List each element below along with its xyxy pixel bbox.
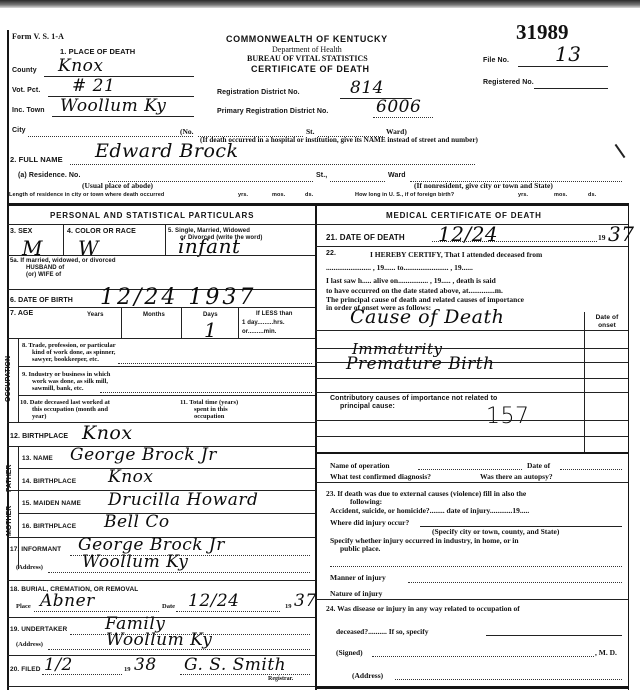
undertaker-address-label: (Address)	[16, 641, 43, 648]
residence-ds-label: ds.	[305, 192, 313, 198]
birthplace-label: 12. BIRTHPLACE	[10, 433, 68, 440]
father-name-label: 13. NAME	[22, 455, 53, 462]
filed-year-prefix: 19	[124, 666, 131, 673]
file-no-label: File No.	[483, 57, 509, 64]
medical-section-title: MEDICAL CERTIFICATE OF DEATH	[386, 211, 542, 220]
date-of-onset-header: Date of onset	[590, 314, 624, 330]
md-label: , M. D.	[595, 648, 617, 657]
header-bottom-rule	[7, 203, 629, 206]
manner-label: Manner of injury	[330, 573, 386, 582]
father-name-value: George Brock Jr	[70, 445, 217, 465]
registrar-label: Registrar.	[268, 676, 293, 682]
filed-value: 1/2	[44, 655, 73, 675]
burial-date-label: Date	[162, 603, 175, 610]
sex-label: 3. SEX	[10, 228, 32, 235]
filed-label: 20. FILED	[10, 666, 41, 673]
father-side-label: FATHER	[6, 465, 13, 492]
race-label: 4. COLOR OR RACE	[67, 228, 136, 235]
mother-maiden-value: Drucilla Howard	[108, 490, 258, 510]
residence-sublabel: (Usual place of abode)	[82, 181, 153, 190]
residence-ward-label: Ward	[388, 172, 406, 179]
less-than-label-1: If LESS than	[256, 311, 293, 317]
sex-value: M	[22, 236, 43, 260]
center-divider	[315, 206, 317, 690]
us-ds-label: ds.	[588, 192, 596, 198]
spouse-label-3: (or) WIFE of	[26, 272, 61, 278]
last-worked-label-1: 10. Date deceased last worked at	[20, 399, 110, 406]
physician-address-label: (Address)	[352, 671, 383, 680]
last-worked-label-3: year)	[32, 413, 46, 420]
certify-number: 22.	[326, 250, 336, 257]
county-label: County	[12, 67, 37, 74]
industry-label-2: work was done, as silk mill,	[32, 378, 108, 385]
trade-label-1: 8. Trade, profession, or particular	[22, 342, 116, 349]
residence-label: (a) Residence. No.	[18, 172, 80, 179]
less-than-label-2: 1 day.........hrs.	[242, 320, 285, 326]
vot-pct-label: Vot. Pct.	[12, 87, 40, 94]
certify-line-4: to have occurred on the date stated abov…	[326, 286, 503, 295]
autopsy-label: Was there an autopsy?	[480, 472, 553, 481]
age-label: 7. AGE	[10, 310, 33, 317]
inc-town-label: Inc. Town	[12, 107, 45, 114]
external-line-7: public place.	[340, 544, 380, 553]
place-of-death-heading: 1. PLACE OF DEATH	[60, 47, 135, 56]
vot-pct-value: # 21	[72, 76, 115, 96]
burial-place-value: Abner	[40, 591, 95, 611]
full-name-value: Edward Brock	[95, 140, 239, 162]
stray-mark	[615, 144, 626, 158]
burial-year-prefix: 19	[285, 603, 292, 610]
burial-date-value: 12/24	[188, 591, 240, 611]
signed-label: (Signed)	[336, 648, 363, 657]
filed-year-value: 38	[134, 655, 157, 675]
occupation-related-line-2: deceased?.......... If so, specify	[336, 627, 429, 636]
external-line-4: Where did injury occur?	[330, 518, 409, 527]
dob-label: 6. DATE OF BIRTH	[10, 297, 73, 304]
age-months-label: Months	[143, 312, 165, 318]
state-title: COMMONWEALTH OF KENTUCKY	[226, 34, 388, 44]
certify-line-2: ........................ , 19...... to..…	[326, 263, 473, 272]
contributory-label-2: principal cause:	[340, 403, 395, 410]
personal-section-title: PERSONAL AND STATISTICAL PARTICULARS	[50, 211, 254, 220]
spouse-label-2: HUSBAND of	[26, 265, 64, 271]
hospital-note: (If death occurred in a hospital or inst…	[200, 136, 478, 144]
nature-label: Nature of injury	[330, 589, 382, 598]
certify-line-1: I HEREBY CERTIFY, That I attended deceas…	[370, 250, 542, 259]
external-line-5: (Specify city or town, county, and State…	[432, 527, 559, 536]
undertaker-label: 19. UNDERTAKER	[10, 626, 67, 633]
burial-place-label: Place	[16, 603, 31, 610]
street-label: St.	[306, 127, 315, 136]
residence-mos-label: mos.	[272, 192, 285, 198]
occupation-related-line-1: 24. Was disease or injury in any way rel…	[326, 604, 520, 613]
us-yrs-label: yrs.	[518, 192, 528, 198]
reg-district-label: Registration District No.	[217, 89, 300, 96]
test-label: What test confirmed diagnosis?	[330, 472, 431, 481]
burial-year-value: 37	[294, 591, 317, 611]
primary-reg-district-label: Primary Registration District No.	[217, 108, 328, 115]
trade-label-3: sawyer, bookkeeper, etc.	[32, 356, 99, 363]
informant-address-value: Woollum Ky	[82, 552, 188, 572]
full-name-label: 2. FULL NAME	[10, 155, 63, 164]
nonresident-note: (If nonresident, give city or town and S…	[414, 181, 553, 190]
total-time-label-3: occupation	[194, 413, 224, 420]
cause-code: 157	[486, 404, 530, 429]
dod-value: 12/24	[438, 222, 498, 246]
mother-maiden-label: 15. MAIDEN NAME	[22, 500, 81, 507]
mother-birthplace-value: Bell Co	[104, 512, 170, 532]
birthplace-value: Knox	[82, 422, 133, 444]
cause-heading: Cause of Death	[350, 306, 504, 328]
total-time-label-2: spent in this	[194, 406, 228, 413]
residence-yrs-label: yrs.	[238, 192, 248, 198]
dod-label: 21. DATE OF DEATH	[326, 233, 405, 242]
race-value: W	[78, 236, 99, 260]
operation-label: Name of operation	[330, 461, 390, 470]
cause-line-2: Premature Birth	[346, 354, 495, 374]
external-line-3: Accident, suicide, or homicide?........ …	[330, 506, 529, 515]
certify-line-3: I last saw h..... alive on..............…	[326, 276, 496, 285]
registered-no-label: Registered No.	[483, 79, 534, 86]
external-line-2: following:	[350, 497, 382, 506]
operation-date-label: Date of	[527, 461, 550, 470]
certificate-title: CERTIFICATE OF DEATH	[251, 64, 370, 74]
county-value: Knox	[58, 56, 103, 76]
contributory-label-1: Contributory causes of importance not re…	[330, 395, 497, 402]
length-residence-label: Length of residence in city or town wher…	[9, 192, 164, 198]
form-number: Form V. S. 1-A	[12, 32, 64, 41]
dod-year-prefix: 19	[598, 233, 606, 242]
mother-side-label: MOTHER	[6, 506, 13, 536]
father-birthplace-label: 14. BIRTHPLACE	[22, 478, 76, 485]
informant-label: 17. INFORMANT	[10, 546, 61, 553]
reg-district-value: 814	[350, 78, 384, 98]
residence-st-label: St.,	[316, 172, 327, 179]
how-long-us-label: How long in U. S., if of foreign birth?	[355, 192, 454, 198]
registrar-signature: G. S. Smith	[184, 655, 286, 675]
industry-label-1: 9. Industry or business in which	[22, 371, 110, 378]
age-years-label: Years	[87, 312, 104, 318]
mother-birthplace-label: 16. BIRTHPLACE	[22, 523, 76, 530]
file-no-value: 13	[555, 42, 581, 66]
spouse-label-1: 5a. If married, widowed, or divorced	[10, 258, 116, 264]
us-mos-label: mos.	[554, 192, 567, 198]
department-name: Department of Health	[272, 45, 342, 54]
total-time-label-1: 11. Total time (years)	[180, 399, 238, 406]
right-border	[628, 206, 629, 690]
primary-reg-district-value: 6006	[376, 97, 421, 117]
inc-town-value: Woollum Ky	[60, 96, 166, 116]
less-than-label-3: or.........min.	[242, 329, 277, 335]
dod-year-value: 37	[608, 222, 634, 246]
occupation-side-label: OCCUPATION	[5, 356, 12, 402]
scan-top-edge	[0, 0, 640, 8]
informant-address-label: (Address)	[16, 564, 43, 571]
ward-label: Ward)	[386, 127, 407, 136]
father-birthplace-value: Knox	[108, 467, 153, 487]
bureau-name: BUREAU OF VITAL STATISTICS	[247, 54, 368, 63]
industry-label-3: sawmill, bank, etc.	[32, 385, 83, 392]
last-worked-label-2: this occupation (month and	[32, 406, 108, 413]
street-no-label: (No.	[180, 127, 194, 136]
undertaker-address-value: Woollum Ky	[106, 630, 212, 650]
trade-label-2: kind of work done, as spinner,	[32, 349, 115, 356]
city-label: City	[12, 127, 26, 134]
